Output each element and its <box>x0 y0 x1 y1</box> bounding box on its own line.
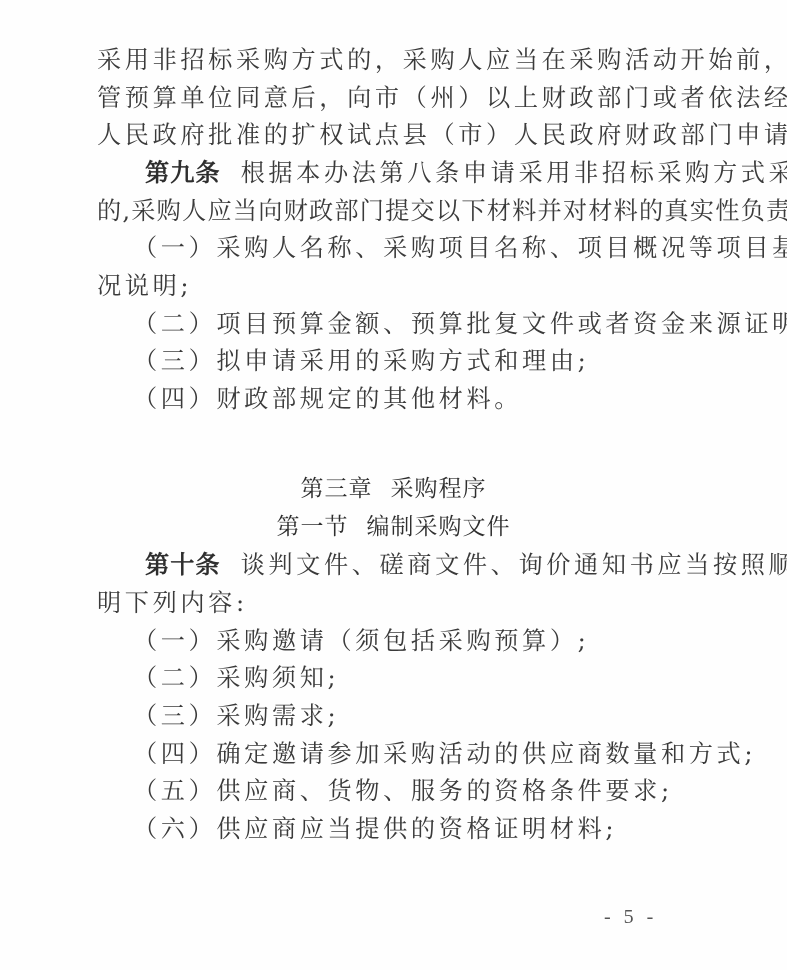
document-page: 采用非招标采购方式的，采购人应当在采购活动开始前，报经主 管预算单位同意后，向市… <box>0 0 787 970</box>
chapter-title: 采购程序 <box>391 476 487 502</box>
article-10-text: 谈判文件、磋商文件、询价通知书应当按照顺序载 <box>241 551 787 579</box>
article-9-first-line: 第九条根据本办法第八条申请采用非招标采购方式采购 <box>145 158 745 188</box>
article-10-item: （六）供应商应当提供的资格证明材料; <box>133 814 733 844</box>
article-9-item: （一）采购人名称、采购项目名称、项目概况等项目基本情 <box>133 233 733 263</box>
article-9-item: （四）财政部规定的其他材料。 <box>133 384 733 414</box>
paragraph-line: 人民政府批准的扩权试点县（市）人民政府财政部门申请批准。 <box>97 120 697 150</box>
article-10-label: 第十条 <box>145 551 221 579</box>
paragraph-line: 采用非招标采购方式的，采购人应当在采购活动开始前，报经主 <box>97 45 697 75</box>
article-9-item-cont: 况说明; <box>97 271 697 301</box>
article-10-item: （四）确定邀请参加采购活动的供应商数量和方式; <box>133 739 733 769</box>
article-10-item: （五）供应商、货物、服务的资格条件要求; <box>133 776 733 806</box>
paragraph-line: 管预算单位同意后，向市（州）以上财政部门或者依法经四川省 <box>97 83 697 113</box>
article-10-first-line: 第十条谈判文件、磋商文件、询价通知书应当按照顺序载 <box>145 550 745 580</box>
chapter-heading: 第三章采购程序 <box>0 474 787 504</box>
section-title: 编制采购文件 <box>367 514 511 540</box>
article-10-item: （三）采购需求; <box>133 701 733 731</box>
article-10-item: （二）采购须知; <box>133 663 733 693</box>
article-10-item: （一）采购邀请（须包括采购预算）; <box>133 626 733 656</box>
article-9-text: 根据本办法第八条申请采用非招标采购方式采购 <box>241 159 787 187</box>
section-heading: 第一节编制采购文件 <box>0 512 787 542</box>
article-9-item: （二）项目预算金额、预算批复文件或者资金来源证明; <box>133 309 733 339</box>
page-number: - 5 - <box>604 906 657 929</box>
article-9-second-line: 的,采购人应当向财政部门提交以下材料并对材料的真实性负责: <box>97 196 697 226</box>
chapter-number: 第三章 <box>301 476 373 502</box>
article-9-item: （三）拟申请采用的采购方式和理由; <box>133 346 733 376</box>
article-9-label: 第九条 <box>145 159 221 187</box>
section-number: 第一节 <box>277 514 349 540</box>
article-10-second-line: 明下列内容: <box>97 588 697 618</box>
